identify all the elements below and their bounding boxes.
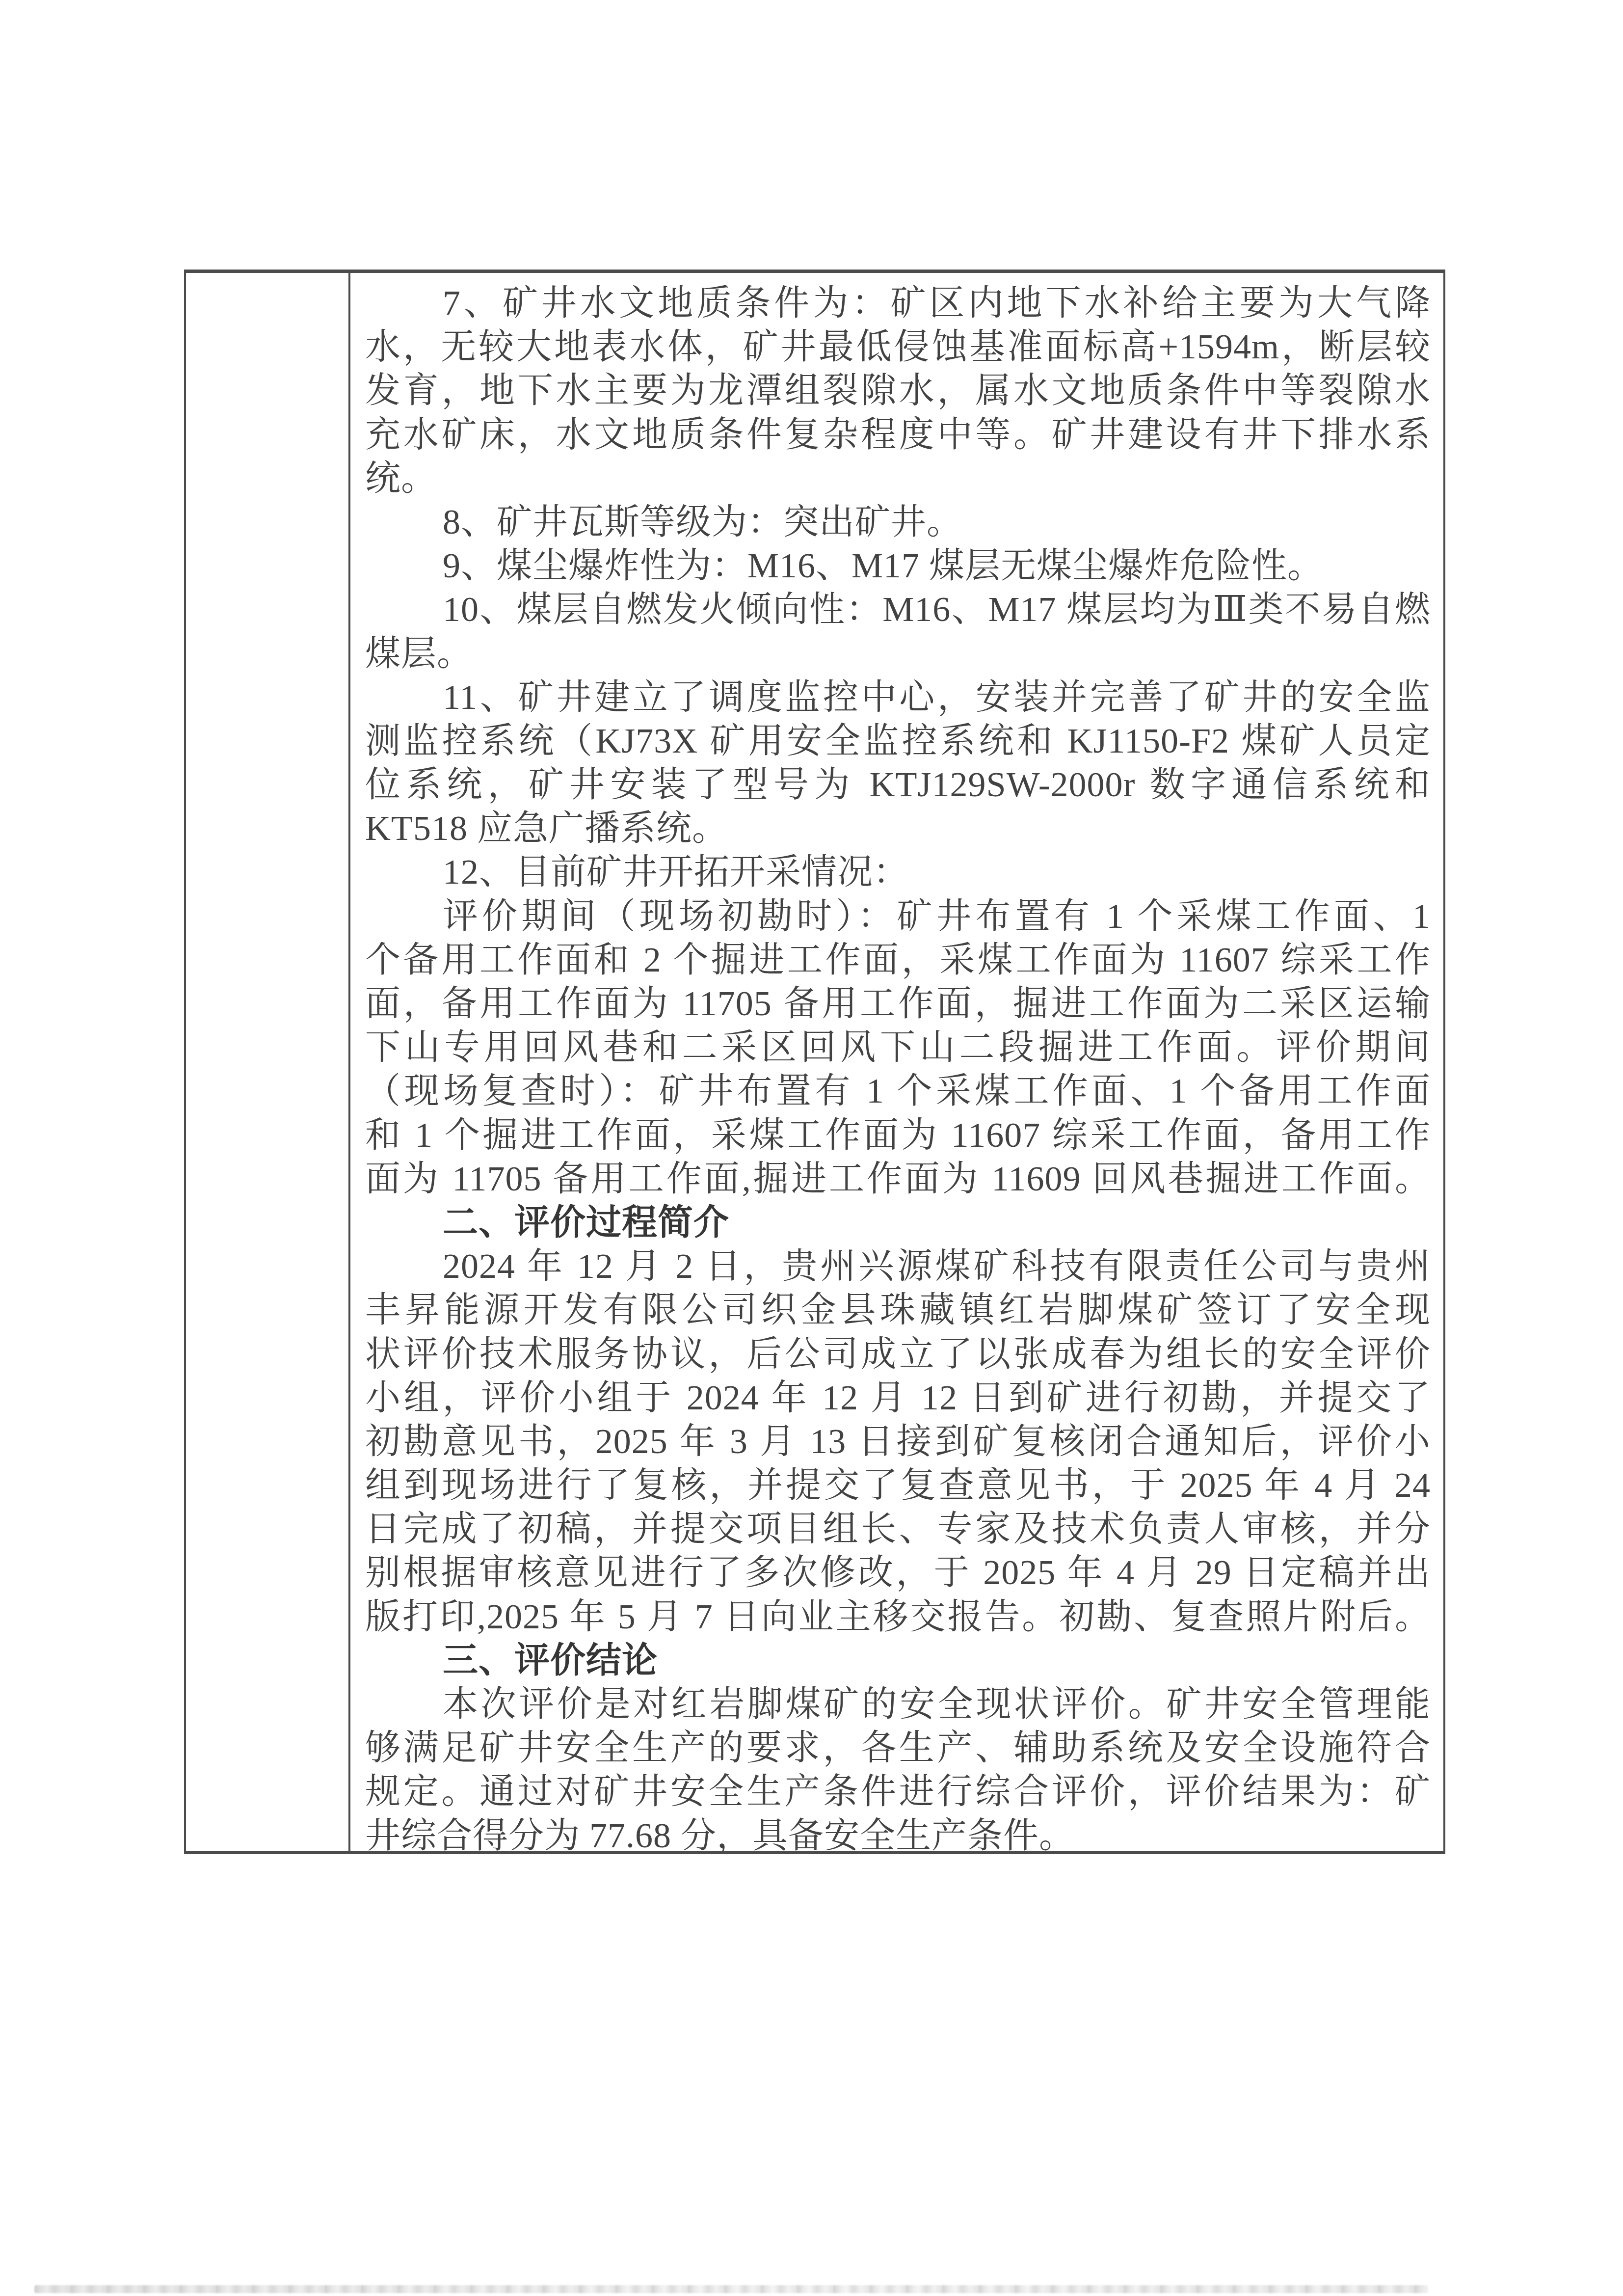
text-line: 下山专用回风巷和二采区回风下山二段掘进工作面。评价期间	[365, 1026, 1431, 1069]
text-line: 充水矿床，水文地质条件复杂程度中等。矿井建设有井下排水系	[365, 413, 1431, 457]
report-table: 7、矿井水文地质条件为：矿区内地下水补给主要为大气降水，无较大地表水体，矿井最低…	[184, 270, 1445, 1854]
text-line: 测监控系统（KJ73X 矿用安全监控系统和 KJ1150-F2 煤矿人员定	[365, 719, 1431, 763]
text-line: （现场复查时）：矿井布置有 1 个采煤工作面、1 个备用工作面	[365, 1069, 1431, 1113]
text-line: 本次评价是对红岩脚煤矿的安全现状评价。矿井安全管理能	[365, 1682, 1431, 1726]
text-line: 评价期间（现场初勘时）：矿井布置有 1 个采煤工作面、1	[365, 894, 1431, 938]
table-content-cell: 7、矿井水文地质条件为：矿区内地下水补给主要为大气降水，无较大地表水体，矿井最低…	[350, 273, 1443, 1851]
text-line: 个备用工作面和 2 个掘进工作面，采煤工作面为 11607 综采工作	[365, 938, 1431, 982]
text-line: 10、煤层自燃发火倾向性：M16、M17 煤层均为Ⅲ类不易自燃	[365, 588, 1431, 631]
text-line: 规定。通过对矿井安全生产条件进行综合评价，评价结果为：矿	[365, 1770, 1431, 1813]
text-line: 小组，评价小组于 2024 年 12 月 12 日到矿进行初勘，并提交了	[365, 1376, 1431, 1420]
text-line: 日完成了初稿，并提交项目组长、专家及技术负责人审核，并分	[365, 1507, 1431, 1551]
text-line: 7、矿井水文地质条件为：矿区内地下水补给主要为大气降	[365, 281, 1431, 325]
text-line: 水，无较大地表水体，矿井最低侵蚀基准面标高+1594m，断层较	[365, 325, 1431, 369]
text-line: 2024 年 12 月 2 日，贵州兴源煤矿科技有限责任公司与贵州	[365, 1244, 1431, 1288]
text-line: 状评价技术服务协议，后公司成立了以张成春为组长的安全评价	[365, 1332, 1431, 1376]
text-line: 井综合得分为 77.68 分，具备安全生产条件。	[365, 1814, 1431, 1851]
text-line: 组到现场进行了复核，并提交了复查意见书，于 2025 年 4 月 24	[365, 1463, 1431, 1507]
text-line: 版打印,2025 年 5 月 7 日向业主移交报告。初勘、复查照片附后。	[365, 1595, 1431, 1639]
table-left-cell	[186, 273, 350, 1851]
text-line: 够满足矿井安全生产的要求，各生产、辅助系统及安全设施符合	[365, 1726, 1431, 1770]
text-line: 和 1 个掘进工作面，采煤工作面为 11607 综采工作面，备用工作	[365, 1113, 1431, 1157]
text-line: 统。	[365, 457, 1431, 500]
text-line: 三、评价结论	[365, 1639, 1431, 1682]
text-line: 位系统，矿井安装了型号为 KTJ129SW-2000r 数字通信系统和	[365, 763, 1431, 807]
text-line: 煤层。	[365, 632, 1431, 675]
text-line: 9、煤尘爆炸性为：M16、M17 煤层无煤尘爆炸危险性。	[365, 544, 1431, 588]
text-line: 12、目前矿井开拓开采情况：	[365, 850, 1431, 894]
text-line: KT518 应急广播系统。	[365, 807, 1431, 850]
text-line: 发育，地下水主要为龙潭组裂隙水，属水文地质条件中等裂隙水	[365, 369, 1431, 412]
text-line: 11、矿井建立了调度监控中心，安装并完善了矿井的安全监	[365, 675, 1431, 719]
text-line: 二、评价过程简介	[365, 1201, 1431, 1244]
text-line: 初勘意见书，2025 年 3 月 13 日接到矿复核闭合通知后，评价小	[365, 1420, 1431, 1463]
scanned-document-page: 7、矿井水文地质条件为：矿区内地下水补给主要为大气降水，无较大地表水体，矿井最低…	[0, 0, 1623, 2296]
text-line: 面，备用工作面为 11705 备用工作面，掘进工作面为二采区运输	[365, 982, 1431, 1026]
scan-artifact-strip	[34, 2285, 1428, 2293]
text-line: 8、矿井瓦斯等级为：突出矿井。	[365, 500, 1431, 544]
text-line: 面为 11705 备用工作面,掘进工作面为 11609 回风巷掘进工作面。	[365, 1157, 1431, 1201]
text-line: 别根据审核意见进行了多次修改，于 2025 年 4 月 29 日定稿并出	[365, 1551, 1431, 1594]
text-line: 丰昇能源开发有限公司织金县珠藏镇红岩脚煤矿签订了安全现	[365, 1288, 1431, 1332]
